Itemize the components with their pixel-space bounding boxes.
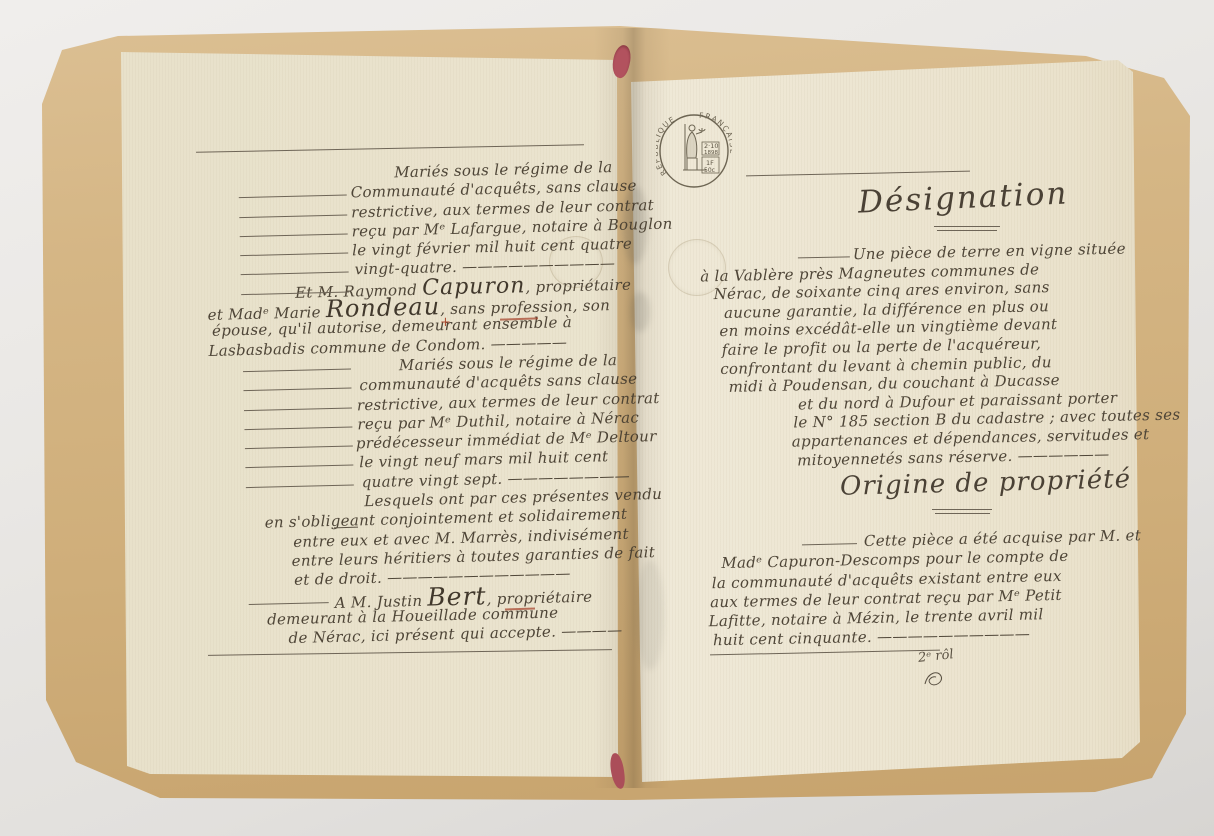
stamp-value-top: 2·10: [704, 142, 718, 150]
designation-paragraph: Une pièce de terre en vigne située à la …: [698, 240, 1131, 475]
left-page-text-block: Mariés sous le régime de la Communauté d…: [204, 158, 620, 660]
designation-underline: [937, 230, 997, 231]
paraph-flourish: [922, 668, 952, 690]
stamp-value-franc: 1F: [706, 159, 714, 167]
stamp-value-cent: 50c: [704, 167, 715, 174]
stamp-value-year: 1898: [704, 150, 718, 156]
origine-underline: [935, 513, 990, 514]
stamp-value-box: 2·10 1898 1F 50c: [702, 142, 719, 174]
origine-paragraph: Cette pièce a été acquise par M. et Madᵉ…: [699, 527, 1129, 656]
designation-underline: [934, 226, 1000, 227]
red-insert-mark: +: [440, 315, 451, 330]
center-fold-shadow: [594, 28, 670, 788]
photographed-notarial-deed: RÉPUBLIQUE FRANÇAISE 2·10 1898 1F 50c Ma…: [0, 0, 1214, 836]
seated-marianne-figure: [683, 124, 706, 170]
origine-underline: [932, 509, 992, 510]
